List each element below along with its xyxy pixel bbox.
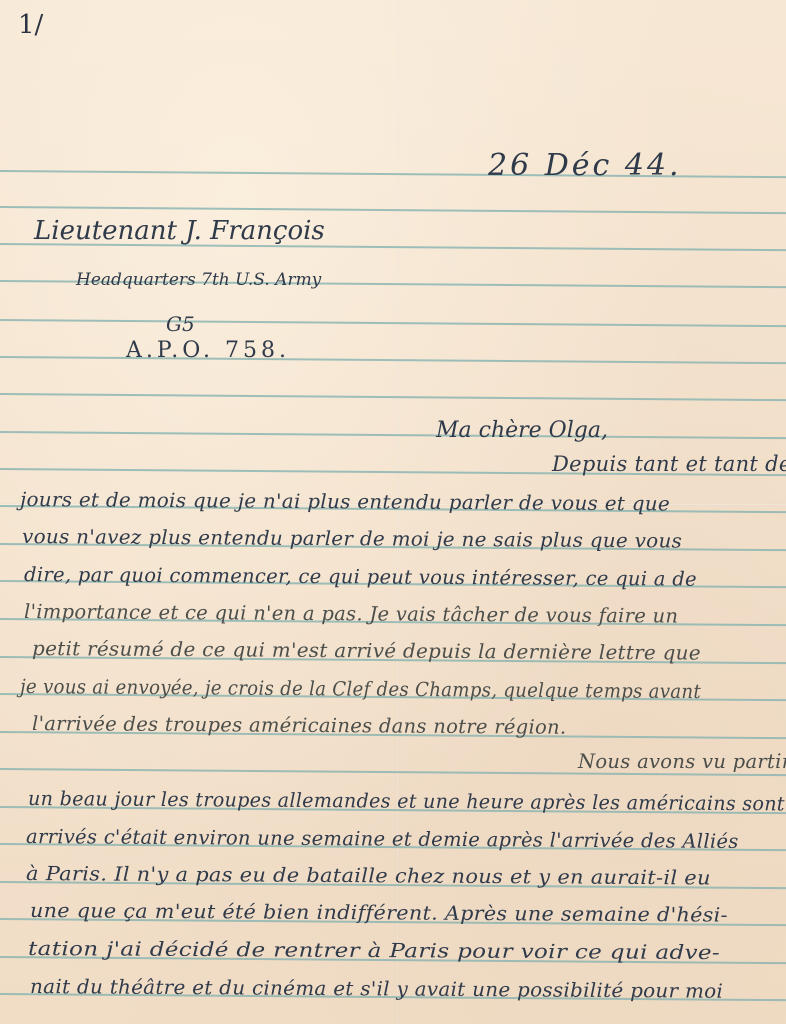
letter-line: nait du théâtre et du cinéma et s'il y a… (30, 975, 723, 1003)
letter-line: tation j'ai décidé de rentrer à Paris po… (28, 937, 720, 964)
letter-line: à Paris. Il n'y a pas eu de bataille che… (26, 862, 711, 889)
letter-line: une que ça m'eut été bien indifférent. A… (30, 899, 728, 927)
letter-line: dire, par quoi commencer, ce qui peut vo… (24, 563, 697, 591)
salutation: Ma chère Olga, (436, 418, 608, 443)
address-apo: A.P.O. 758. (126, 338, 290, 363)
address-name: Lieutenant J. François (34, 216, 325, 246)
letter-line: vous n'avez plus entendu parler de moi j… (22, 525, 682, 553)
address-section: G5 (166, 312, 195, 336)
letter-line: Nous avons vu partir (578, 750, 786, 773)
letter-line: Depuis tant et tant de (552, 452, 786, 476)
letter-line: jours et de mois que je n'ai plus entend… (20, 488, 670, 515)
page-number-mark: 1/ (18, 10, 43, 40)
letter-date: 26 Déc 44. (488, 148, 682, 183)
letter-line: l'importance et ce qui n'en a pas. Je va… (24, 600, 678, 628)
address-unit: Headquarters 7th U.S. Army (76, 270, 321, 290)
letter-line: l'arrivée des troupes américaines dans n… (32, 712, 567, 739)
letter-line: petit résumé de ce qui m'est arrivé depu… (32, 637, 701, 665)
